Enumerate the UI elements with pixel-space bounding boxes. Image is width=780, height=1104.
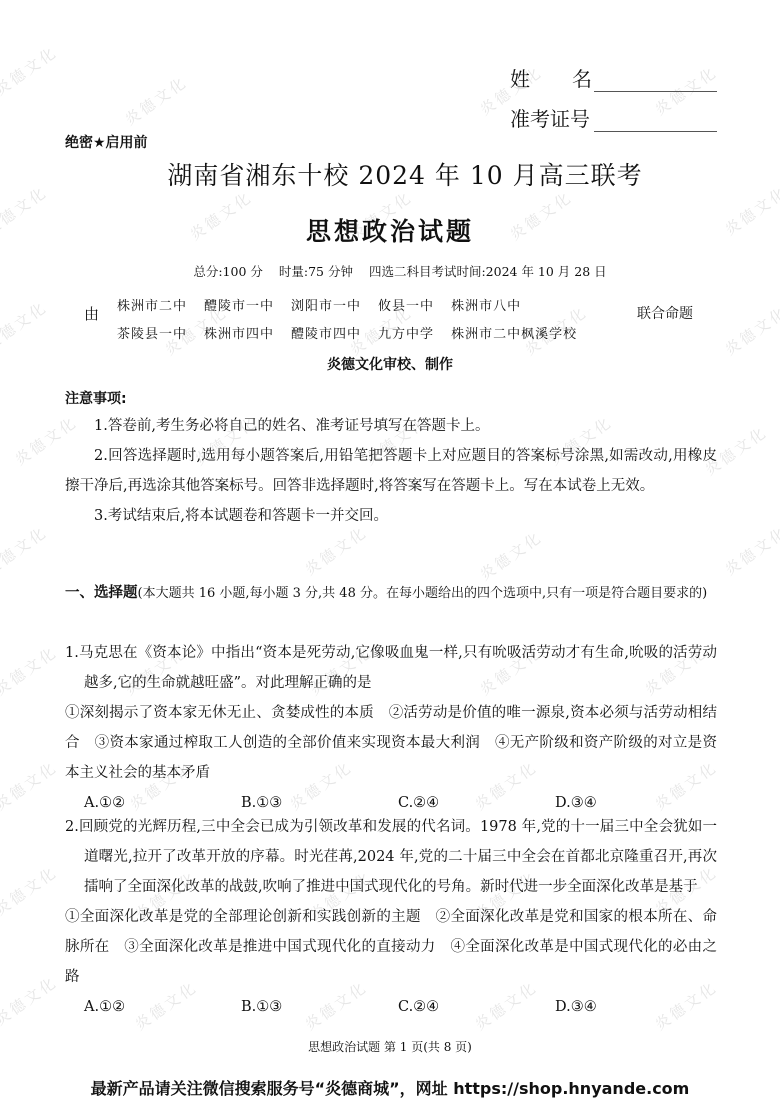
page-number: 思想政治试题 第 1 页(共 8 页) xyxy=(0,1038,780,1055)
school: 醴陵市一中 xyxy=(204,295,274,314)
schools-row-2: 茶陵县一中 株洲市四中 醴陵市四中 九方中学 株洲市二中枫溪学校 xyxy=(117,318,594,346)
schools-row-1: 株洲市二中 醴陵市一中 浏阳市一中 攸县一中 株洲市八中 xyxy=(117,290,594,318)
secret-mark: 绝密★启用前 xyxy=(65,132,148,152)
schools-list: 株洲市二中 醴陵市一中 浏阳市一中 攸县一中 株洲市八中 茶陵县一中 株洲市四中… xyxy=(117,290,594,346)
answer-options: A.①② B.①③ C.②④ D.③④ xyxy=(65,992,717,1022)
note-item: 1.答卷前,考生务必将自己的姓名、准考证号填写在答题卡上。 xyxy=(65,411,717,441)
authors-prefix: 由 xyxy=(84,303,99,324)
total-score: 总分:100 分 xyxy=(193,264,263,279)
question-stem: 1.马克思在《资本论》中指出“资本是死劳动,它像吸血鬼一样,只有吮吸活劳动才有生… xyxy=(65,638,717,698)
name-row: 姓 名 xyxy=(510,52,717,92)
school: 株洲市二中枫溪学校 xyxy=(451,323,577,342)
question-2: 2.回顾党的光辉历程,三中全会已成为引领改革和发展的代名词。1978 年,党的十… xyxy=(65,812,717,1022)
question-statements: ①全面深化改革是党的全部理论创新和实践创新的主题 ②全面深化改革是党和国家的根本… xyxy=(65,902,717,992)
exam-info: 总分:100 分 时量:75 分钟 四选二科目考试时间:2024 年 10 月 … xyxy=(0,262,780,280)
note-item: 2.回答选择题时,选用每小题答案后,用铅笔把答题卡上对应题目的答案标号涂黑,如需… xyxy=(65,441,717,501)
school: 株洲市八中 xyxy=(451,295,521,314)
school: 攸县一中 xyxy=(378,295,434,314)
option-b[interactable]: B.①③ xyxy=(241,992,398,1022)
notes-list: 1.答卷前,考生务必将自己的姓名、准考证号填写在答题卡上。 2.回答选择题时,选… xyxy=(65,411,717,531)
duration: 时量:75 分钟 xyxy=(279,264,353,279)
school: 醴陵市四中 xyxy=(291,323,361,342)
school: 浏阳市一中 xyxy=(291,295,361,314)
question-statements: ①深刻揭示了资本家无休无止、贪婪成性的本质 ②活劳动是价值的唯一源泉,资本必须与… xyxy=(65,698,717,788)
exam-id-label: 准考证号 xyxy=(510,103,592,132)
school: 九方中学 xyxy=(378,323,434,342)
name-label: 姓 名 xyxy=(510,63,592,92)
school: 株洲市四中 xyxy=(204,323,274,342)
school: 茶陵县一中 xyxy=(117,323,187,342)
note-item: 3.考试结束后,将本试题卷和答题卡一并交回。 xyxy=(65,501,717,531)
section-heading: 一、选择题(本大题共 16 小题,每小题 3 分,共 48 分。在每小题给出的四… xyxy=(65,578,717,609)
question-1: 1.马克思在《资本论》中指出“资本是死劳动,它像吸血鬼一样,只有吮吸活劳动才有生… xyxy=(65,638,717,818)
option-d[interactable]: D.③④ xyxy=(555,992,712,1022)
question-stem: 2.回顾党的光辉历程,三中全会已成为引领改革和发展的代名词。1978 年,党的十… xyxy=(65,812,717,902)
school: 株洲市二中 xyxy=(117,295,187,314)
section-instruction: (本大题共 16 小题,每小题 3 分,共 48 分。在每小题给出的四个选项中,… xyxy=(138,586,708,601)
name-field[interactable] xyxy=(594,69,717,92)
exam-id-row: 准考证号 xyxy=(510,92,717,132)
exam-id-field[interactable] xyxy=(594,109,717,132)
promo-banner: 最新产品请关注微信搜索服务号“炎德商城”，网址 https://shop.hny… xyxy=(0,1076,780,1099)
option-c[interactable]: C.②④ xyxy=(398,992,555,1022)
candidate-info-box: 姓 名 准考证号 xyxy=(510,52,717,132)
exam-time: 四选二科目考试时间:2024 年 10 月 28 日 xyxy=(369,264,607,279)
subject-title: 思想政治试题 xyxy=(0,212,780,248)
main-title: 湖南省湘东十校 2024 年 10 月高三联考 xyxy=(0,156,780,192)
notes-title: 注意事项: xyxy=(65,388,127,408)
producer-line: 炎德文化审校、制作 xyxy=(0,354,780,374)
option-a[interactable]: A.①② xyxy=(84,992,241,1022)
exam-page: 姓 名 准考证号 绝密★启用前 湖南省湘东十校 2024 年 10 月高三联考 … xyxy=(0,0,780,1104)
section-title: 一、选择题 xyxy=(65,585,138,601)
joint-authorship: 联合命题 xyxy=(637,303,693,323)
